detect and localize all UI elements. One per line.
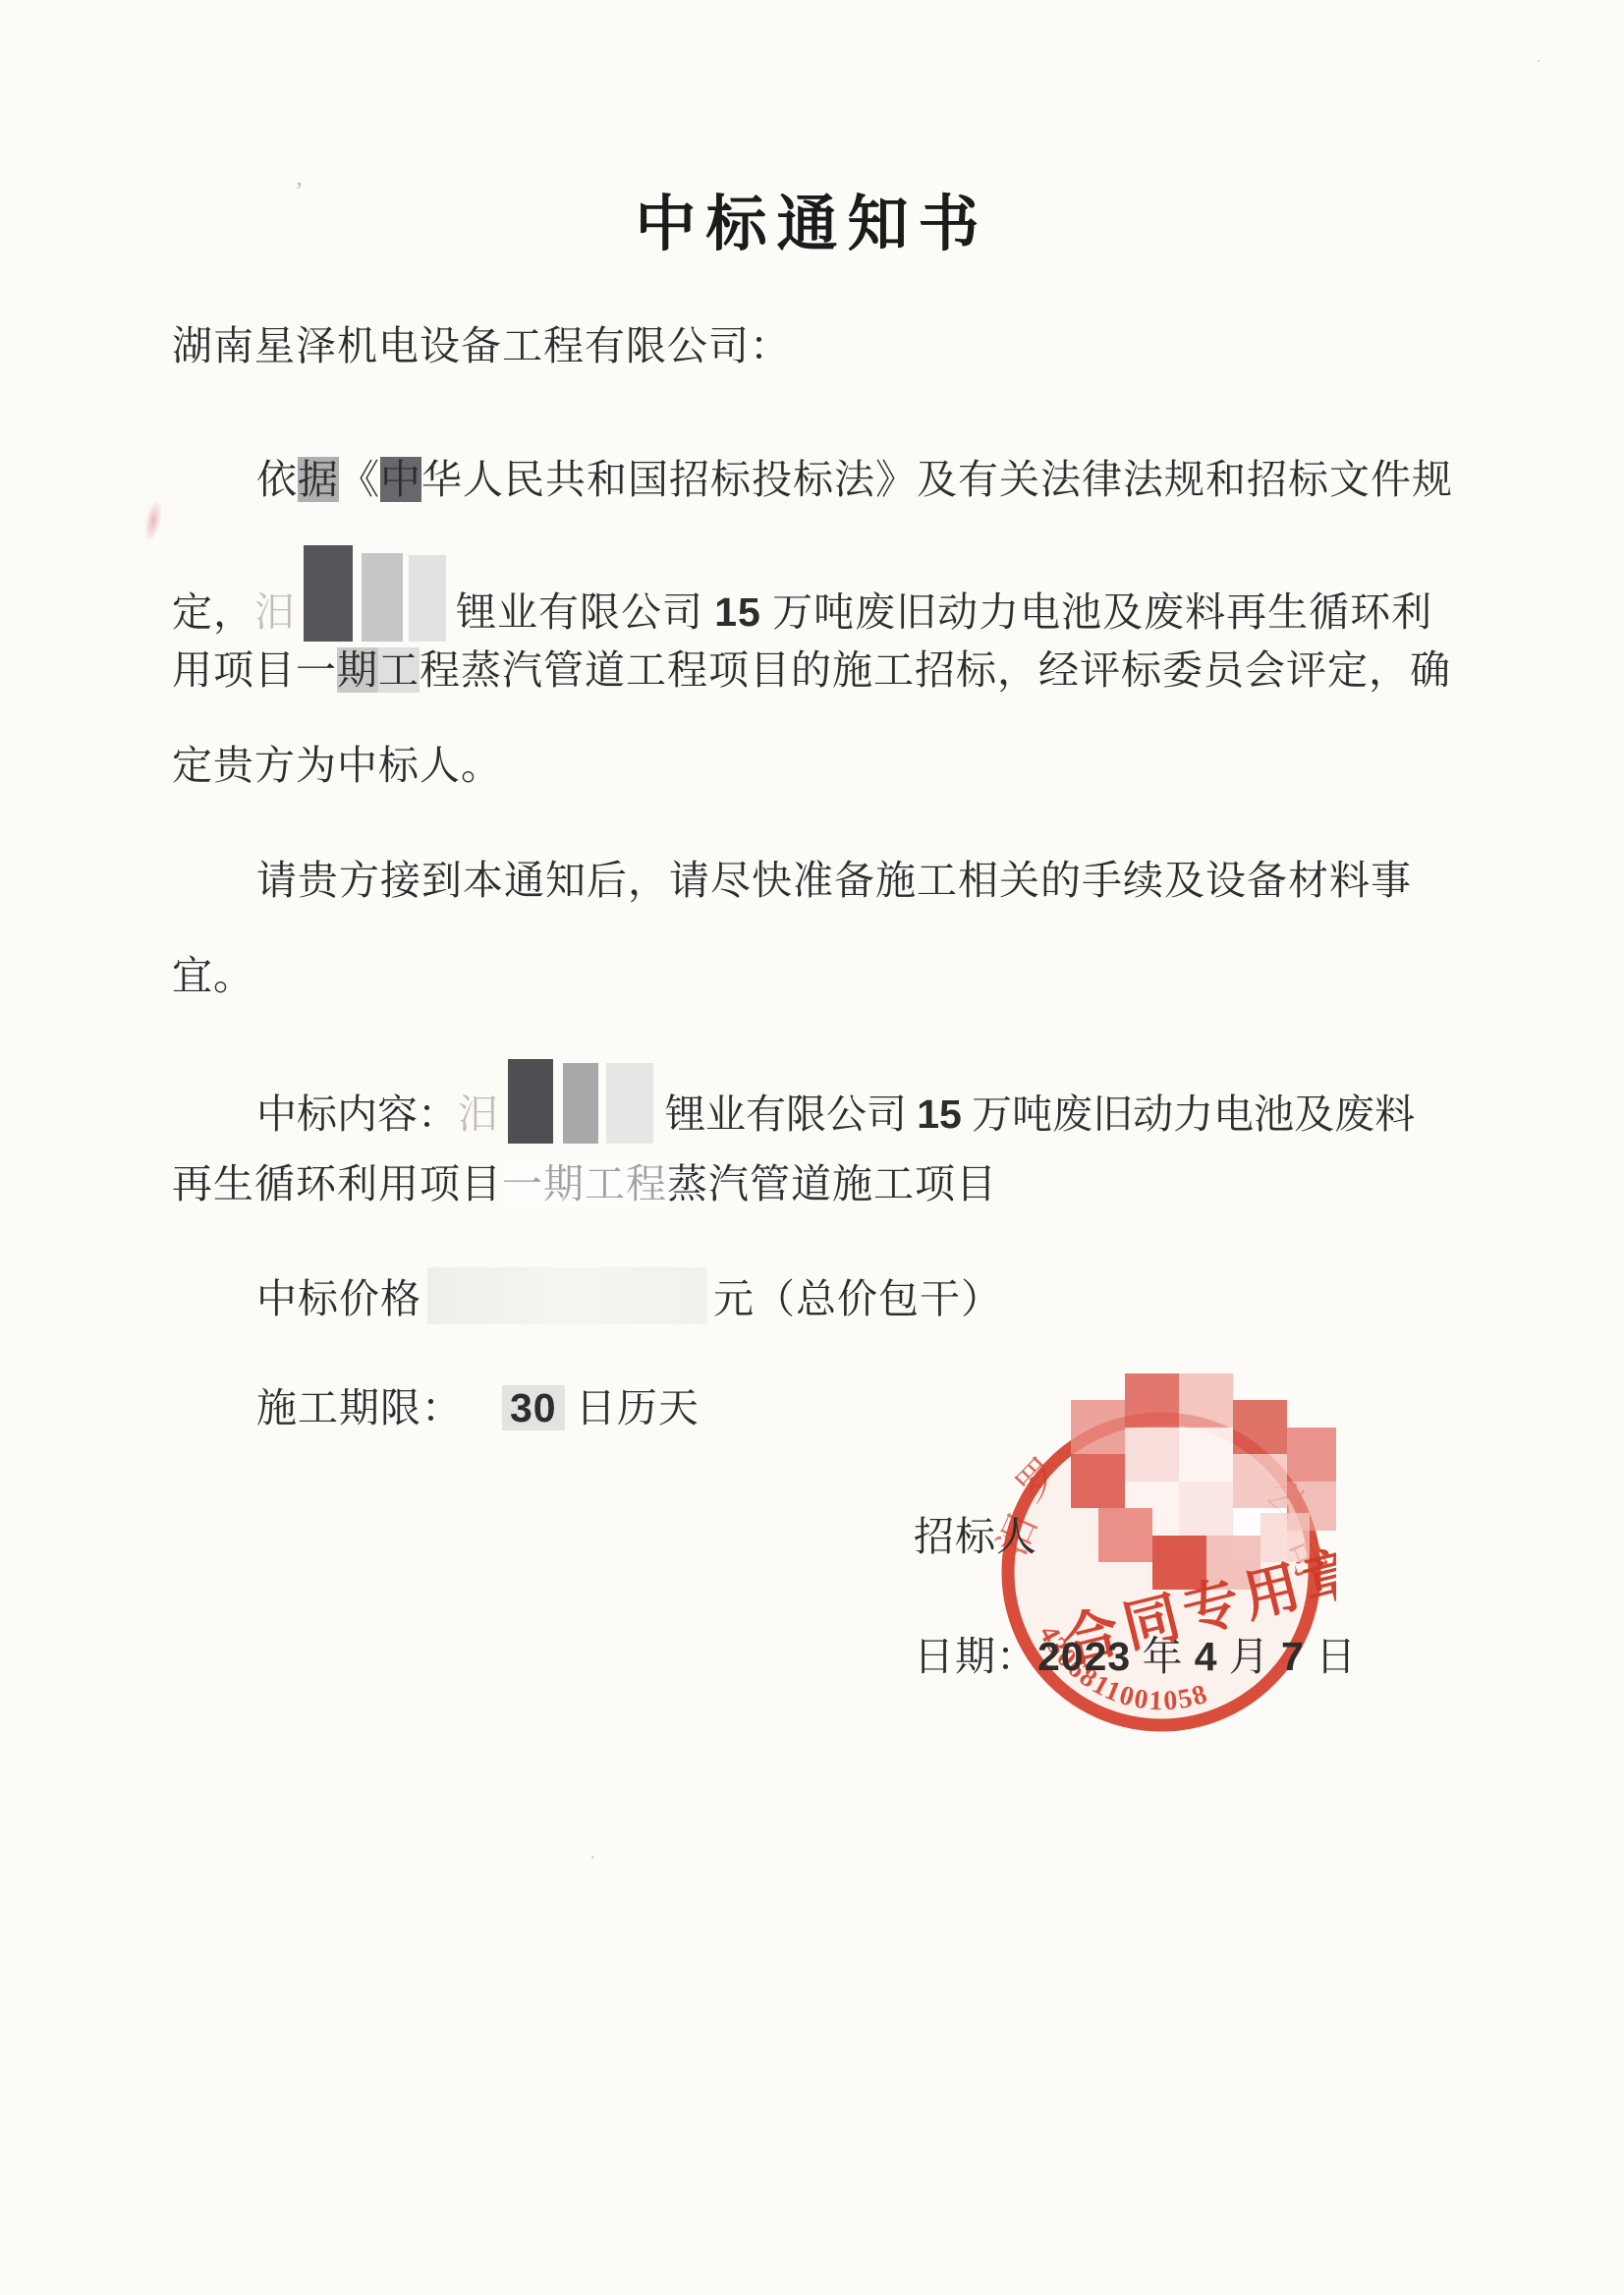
company-seal: 罗 汨 公 司 合同专用章 4306811001058	[982, 1366, 1336, 1778]
faint-character: 汨	[458, 1092, 498, 1137]
paragraph1-line2: 定，汨锂业有限公司 15 万吨废旧动力电池及废料再生循环利	[172, 545, 1432, 642]
text-run: 请贵方接到本通知后，请尽快准备施工相关的手续及设备材料事	[256, 858, 1412, 903]
text-run: 月	[1218, 1634, 1282, 1679]
text-run: 定贵方为中标人。	[172, 743, 502, 788]
date-line: 日期：2023 年 4 月 7 日	[914, 1627, 1357, 1686]
mosaic-block	[606, 1063, 653, 1144]
text-run: 华人民共和国招标投标法》及有关法律法规和招标文件规	[421, 457, 1453, 502]
number-text: 15	[714, 589, 761, 635]
mosaic-block	[409, 555, 446, 642]
text-run: 日历天	[565, 1385, 700, 1430]
text-run: 宜。	[172, 953, 254, 998]
mosaic-block	[563, 1063, 598, 1144]
text-run: 万吨废旧动力电池及废料	[962, 1092, 1415, 1137]
award-content-line1: 中标内容：汨锂业有限公司 15 万吨废旧动力电池及废料	[256, 1059, 1415, 1144]
text-run: 年	[1131, 1634, 1195, 1679]
text-run: 万吨废旧动力电池及废料再生循环利	[761, 589, 1432, 635]
red-ink-artifact	[141, 498, 166, 543]
faded-text: 一期工程	[502, 1161, 667, 1206]
paragraph1-line3: 用项目一期工程蒸汽管道工程项目的施工招标，经评标委员会评定，确	[172, 641, 1451, 700]
scan-speck: ·	[1536, 51, 1541, 72]
award-notice-document: ’ · · 中标通知书 湖南星泽机电设备工程有限公司： 依据《中华人民共和国招标…	[0, 0, 1624, 2295]
duration-line: 施工期限：30 日历天	[256, 1378, 700, 1437]
paragraph1-line4: 定贵方为中标人。	[172, 736, 502, 795]
scan-speck: ·	[589, 1847, 596, 1870]
field-label: 中标内容：	[256, 1092, 458, 1137]
text-run: 定，	[172, 589, 254, 635]
faint-character: 汨	[254, 589, 296, 635]
erased-amount	[427, 1267, 707, 1324]
text-run: 锂业有限公司	[665, 1092, 917, 1137]
tenderer-label: 招标人	[914, 1514, 1037, 1559]
number-text: 15	[917, 1092, 962, 1137]
recipient-name: 湖南星泽机电设备工程有限公司：	[172, 323, 791, 368]
text-run: 蒸汽管道施工项目	[667, 1161, 997, 1206]
date-month: 4	[1195, 1634, 1218, 1679]
field-label: 施工期限：	[256, 1385, 463, 1430]
paragraph2-line1: 请贵方接到本通知后，请尽快准备施工相关的手续及设备材料事	[256, 851, 1412, 910]
date-year: 2023	[1037, 1634, 1131, 1679]
redaction-smudge: 工	[378, 647, 420, 693]
mosaic-block	[304, 545, 353, 642]
text-run: 用项目一	[172, 647, 337, 693]
redaction-smudge: 中	[380, 457, 421, 502]
page-title: 中标通知书	[635, 175, 988, 262]
text-run: 《	[339, 457, 380, 502]
number-text: 30	[502, 1385, 565, 1430]
text-run: 锂业有限公司	[456, 589, 714, 635]
paragraph1-line1: 依据《中华人民共和国招标投标法》及有关法律法规和招标文件规	[256, 450, 1453, 509]
date-day: 7	[1281, 1634, 1305, 1679]
text-run: 依	[256, 457, 298, 502]
recipient-line: 湖南星泽机电设备工程有限公司：	[172, 316, 791, 375]
mosaic-block	[508, 1059, 553, 1144]
price-line: 中标价格元（总价包干）	[256, 1267, 1002, 1328]
field-label: 中标价格	[256, 1276, 421, 1321]
text-run: 元（总价包干）	[713, 1276, 1002, 1321]
scan-speck: ’	[295, 177, 304, 206]
redaction-smudge: 期	[337, 647, 378, 693]
mosaic-block	[362, 553, 403, 642]
award-content-line2: 再生循环利用项目一期工程蒸汽管道施工项目	[172, 1154, 997, 1213]
redaction-smudge: 据	[298, 457, 339, 502]
date-label: 日期：	[914, 1634, 1037, 1679]
text-run: 日	[1305, 1634, 1357, 1679]
paragraph2-line2: 宜。	[172, 946, 254, 1005]
tenderer-line: 招标人	[914, 1507, 1037, 1566]
text-run: 程蒸汽管道工程项目的施工招标，经评标委员会评定，确	[420, 647, 1451, 693]
text-run: 再生循环利用项目	[172, 1161, 502, 1206]
